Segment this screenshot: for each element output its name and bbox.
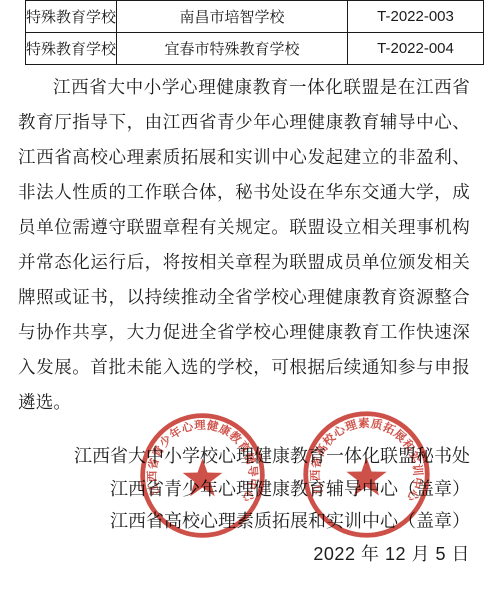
- table-row: 特殊教育学校 南昌市培智学校 T-2022-003: [26, 1, 484, 33]
- table-row: 特殊教育学校 宜春市特殊教育学校 T-2022-004: [26, 33, 484, 65]
- document-page: 特殊教育学校 南昌市培智学校 T-2022-003 特殊教育学校 宜春市特殊教育…: [0, 0, 492, 600]
- signature-line-youth-center: 江西省青少年心理健康教育辅导中心（盖章）: [74, 473, 470, 506]
- code-cell: T-2022-004: [348, 33, 484, 65]
- category-cell: 特殊教育学校: [26, 33, 117, 65]
- member-school-table: 特殊教育学校 南昌市培智学校 T-2022-003 特殊教育学校 宜春市特殊教育…: [25, 0, 484, 65]
- body-paragraph: 江西省大中小学心理健康教育一体化联盟是在江西省教育厅指导下，由江西省青少年心理健…: [18, 70, 470, 420]
- school-cell: 宜春市特殊教育学校: [117, 33, 348, 65]
- signature-line-college-center: 江西省高校心理素质拓展和实训中心（盖章）: [74, 505, 470, 538]
- school-cell: 南昌市培智学校: [117, 1, 348, 33]
- signature-block: 江西省大中小学校心理健康教育一体化联盟秘书处 江西省青少年心理健康教育辅导中心（…: [74, 440, 470, 570]
- category-cell: 特殊教育学校: [26, 1, 117, 33]
- signature-line-secretariat: 江西省大中小学校心理健康教育一体化联盟秘书处: [74, 440, 470, 473]
- document-date: 2022 年 12 月 5 日: [74, 538, 470, 571]
- code-cell: T-2022-003: [348, 1, 484, 33]
